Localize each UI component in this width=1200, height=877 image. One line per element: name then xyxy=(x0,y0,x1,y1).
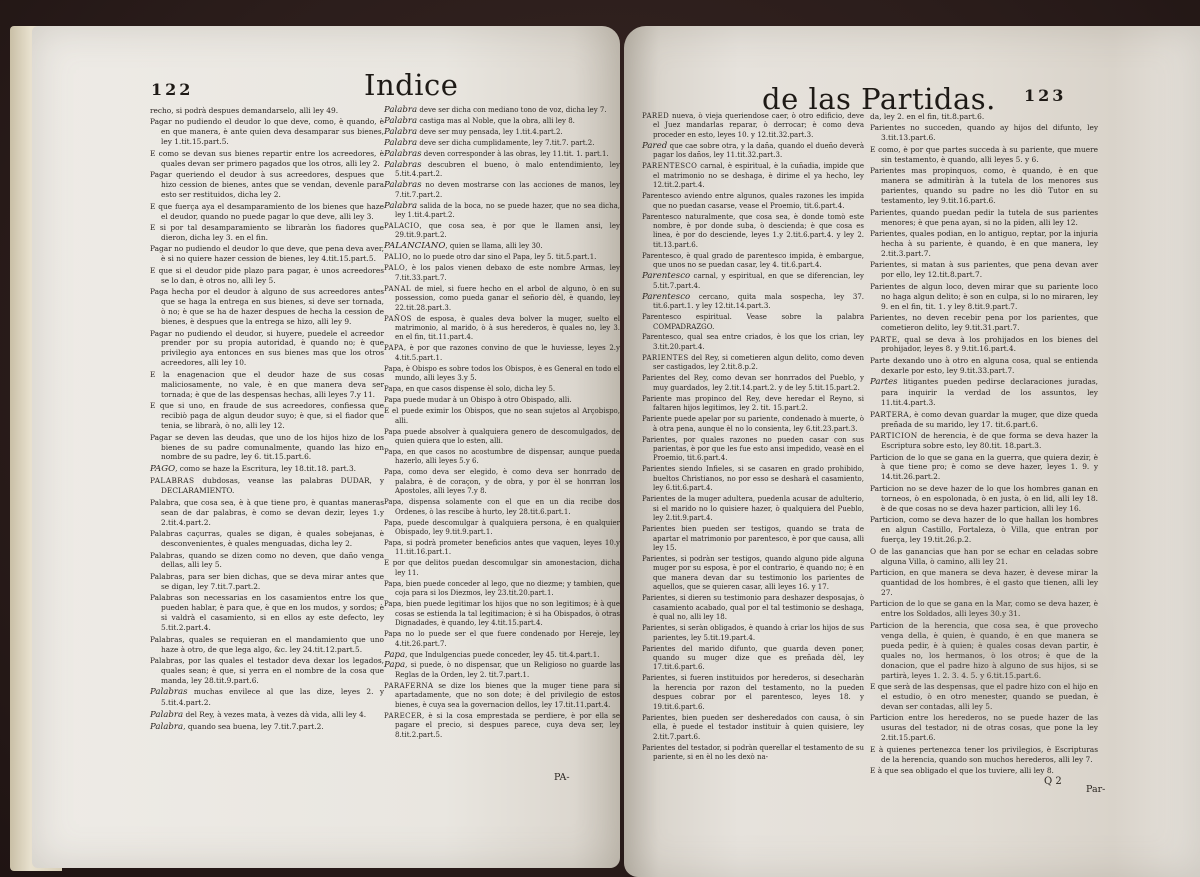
entry-text: caçurras, quales se digan, è quales sobe… xyxy=(161,529,384,548)
entry-text: salida de la boca, no se puede hazer, qu… xyxy=(395,202,620,219)
entry-text: , bien puede legitimar los hijos que no … xyxy=(395,600,620,627)
entry-text: entre los herederos, no se puede hazer d… xyxy=(881,713,1098,742)
index-entry: Palabras deven corresponder à las obras,… xyxy=(384,150,620,159)
index-entry: Pariente mas propinco del Rey, deve here… xyxy=(642,395,864,414)
entry-headword: Pagar xyxy=(150,170,172,179)
index-entry: Parte dexando uno à otro en alguna cosa,… xyxy=(870,356,1098,376)
entry-headword: Particion xyxy=(870,453,904,462)
entry-headword: Parientes xyxy=(642,744,675,752)
entry-headword: PALABRAS xyxy=(150,476,194,485)
entry-headword: Parentesco xyxy=(642,213,681,221)
entry-text: , quando se dizen como no deven, que dañ… xyxy=(161,551,384,570)
index-entry: E à quienes pertenezca tener los privile… xyxy=(870,745,1098,765)
index-entry: Palabras no deven mostrarse con las acci… xyxy=(384,181,620,200)
entry-text: , bien pueden ser desheredados con causa… xyxy=(653,714,864,741)
index-entry: Papa, como deva ser elegido, è como deva… xyxy=(384,468,620,496)
entry-text: à que sea obligado el que los tuviere, a… xyxy=(875,766,1053,775)
entry-text: naturalmente, que cosa sea, è donde tomò… xyxy=(653,213,864,249)
entry-text: , en que casos dispense èl solo, dicha l… xyxy=(401,385,555,393)
entry-text: , qual sea entre criados, è los que los … xyxy=(653,333,864,350)
entry-text: castiga mas al Noble, que la obra, alli … xyxy=(417,117,575,125)
index-entry: Palabras, por las quales el testador dev… xyxy=(150,656,384,686)
entry-headword: Papa xyxy=(384,428,401,436)
index-entry: Parientes, no deven recebir pena por los… xyxy=(870,313,1098,333)
entry-text: no pudiendo el deudor lo que deve, que p… xyxy=(161,244,384,263)
entry-text: que si uno, en fraude de sus acreedores,… xyxy=(155,401,384,430)
entry-text: como se devan sus bienes repartir entre … xyxy=(155,149,384,168)
index-entry: Palabra deve ser dicha con mediano tono … xyxy=(384,106,620,115)
entry-headword: Papa xyxy=(384,365,401,373)
entry-headword: Parientes xyxy=(870,313,905,322)
index-entry: Parientes de la muger adultera, puedenla… xyxy=(642,495,864,523)
entry-headword: PALIO xyxy=(384,253,408,261)
entry-headword: Parientes xyxy=(870,260,905,269)
entry-text: , si dieren su testimonio para deshazer … xyxy=(653,594,864,621)
index-entry: Palabras son necessarias en los casamien… xyxy=(150,593,384,633)
entry-headword: PARECER xyxy=(384,712,422,720)
entry-headword: Papa xyxy=(384,385,401,393)
index-entry: Particion de la herencia, que cosa sea, … xyxy=(870,621,1098,681)
entry-text: , è Obispo es sobre todos los Obispos, è… xyxy=(395,365,620,382)
entry-headword: PARENTESCO xyxy=(642,162,697,170)
entry-text: , puede descomulgar à qualquiera persona… xyxy=(395,519,620,536)
entry-text: si por tal desamparamiento se libraràn l… xyxy=(155,223,384,242)
entry-text: de lo que se gana en la guerra, que quie… xyxy=(881,453,1098,482)
entry-headword: Parentesco xyxy=(642,292,690,302)
index-entry: Palabra salida de la boca, no se puede h… xyxy=(384,202,620,221)
index-entry: Parientes, quales podian, en lo antiguo,… xyxy=(870,229,1098,259)
entry-headword: Pagar xyxy=(150,329,172,338)
index-entry: PARED nueva, ò vieja queriendose caer, ò… xyxy=(642,112,864,140)
entry-headword: PARTERA xyxy=(870,410,909,419)
index-entry: PARIENTES del Rey, si cometieren algun d… xyxy=(642,354,864,373)
index-entry: Pagar no pudiendo el deudor lo que deve,… xyxy=(150,244,384,264)
index-entry: Parientes, por quales razones no pueden … xyxy=(642,436,864,464)
entry-headword: Palabras xyxy=(150,572,182,581)
index-entry: da, ley 2. en el fin, tit.8.part.6. xyxy=(870,112,1098,122)
entry-headword: Palabras xyxy=(384,160,422,170)
index-entry: E que si el deudor pide plazo para pagar… xyxy=(150,266,384,286)
index-entry: E à que sea obligado el que los tuviere,… xyxy=(870,766,1098,776)
index-column-2: Palabra deve ser dicha con mediano tono … xyxy=(384,106,620,742)
entry-text: hecha por el deudor à alguno de sus acre… xyxy=(161,287,384,326)
entry-text: , è como devan guardar la muger, que diz… xyxy=(881,410,1098,429)
entry-text: , bien puede conceder al lego, que no di… xyxy=(395,580,620,597)
entry-headword: Parientes xyxy=(870,229,905,238)
entry-text: da, ley 2. en el fin, tit.8.part.6. xyxy=(870,112,984,121)
entry-headword: Palabras xyxy=(150,635,182,644)
index-entry: Particion de lo que se gana en la Mar, c… xyxy=(870,599,1098,619)
entry-text: deve ser dicha cumplidamente, ley 7.tit.… xyxy=(417,139,594,147)
entry-headword: Parientes xyxy=(642,436,675,444)
entry-headword: Papa xyxy=(384,539,401,547)
index-entry: Parientes, si fueren instituidos por her… xyxy=(642,674,864,712)
index-entry: E que fuerça aya el desamparamiento de l… xyxy=(150,202,384,222)
entry-headword: Pariente xyxy=(642,415,672,423)
entry-headword: Paga xyxy=(150,287,168,296)
entry-text: como, è por que partes succeda à su pari… xyxy=(875,145,1098,164)
index-entry: Palabra, que cosa sea, è à que tiene pro… xyxy=(150,498,384,528)
entry-text: , como se haze la Escritura, ley 18.tit.… xyxy=(175,464,356,473)
entry-headword: Particion xyxy=(870,621,904,630)
index-entry: Parentesco aviendo entre algunos, quales… xyxy=(642,192,864,211)
entry-text: que serà de las despensas, que el padre … xyxy=(875,682,1098,711)
entry-text: deve ser dicha con mediano tono de voz, … xyxy=(417,106,606,114)
index-entry: Parentesco naturalmente, que cosa sea, è… xyxy=(642,213,864,251)
index-entry: Parentesco carnal, y espiritual, en que … xyxy=(642,272,864,291)
entry-headword: PAPA xyxy=(384,344,404,352)
entry-text: deve ser muy pensada, ley 1.tit.4.part.2… xyxy=(417,128,563,136)
index-entry: Parientes, si dieren su testimonio para … xyxy=(642,594,864,622)
entry-headword: Papa xyxy=(384,600,401,608)
entry-text: , è por que razones convino de que le hu… xyxy=(395,344,620,361)
entry-text: de las ganancias que han por se echar en… xyxy=(876,547,1098,566)
entry-text: de lo que se gana en la Mar, como se dev… xyxy=(881,599,1098,618)
entry-headword: Parentesco xyxy=(642,271,690,281)
entry-headword: Parientes xyxy=(642,465,675,473)
index-entry: Papa no lo puede ser el que fuere conden… xyxy=(384,630,620,649)
entry-text: del testador, si podràn querellar el tes… xyxy=(653,744,864,761)
entry-text: de miel, si fuere hecho en el arbol de a… xyxy=(395,285,620,312)
index-entry: Pagar no pudiendo el deudor lo que deve,… xyxy=(150,117,384,147)
entry-text: , quales se requieran en el mandamiento … xyxy=(161,635,384,654)
entry-headword: Parientes xyxy=(870,282,905,291)
index-entry: Papa, bien puede legitimar los hijos que… xyxy=(384,600,620,628)
index-entry: Parientes mas propinquos, como, è quando… xyxy=(870,166,1098,206)
entry-headword: Parte xyxy=(870,356,890,365)
entry-headword: PARED xyxy=(642,112,669,120)
index-entry: PALACIO, que cosa sea, è por que le llam… xyxy=(384,222,620,241)
entry-headword: Particion xyxy=(870,713,904,722)
entry-headword: Particion xyxy=(870,484,904,493)
entry-headword: Papa xyxy=(384,396,401,404)
entry-headword: Parientes xyxy=(642,594,675,602)
index-entry: Papa, que Indulgencias puede conceder, l… xyxy=(384,651,620,660)
entry-headword: Particion xyxy=(870,515,904,524)
entry-headword: Parientes xyxy=(642,374,675,382)
index-entry: Particion de lo que se gana en la guerra… xyxy=(870,453,1098,483)
catchword: PA- xyxy=(554,772,570,783)
index-entry: Papa puede absolver à qualquiera genero … xyxy=(384,428,620,447)
entry-text: , si fueren instituidos por herederos, s… xyxy=(653,674,864,710)
entry-text: de la muger adultera, puedenla acusar de… xyxy=(653,495,864,522)
entry-text: mas propinquos, como, è quando, è en que… xyxy=(881,166,1098,205)
entry-headword: Parientes xyxy=(642,555,675,563)
entry-text: , è qual grado de parentesco impida, è e… xyxy=(653,252,864,269)
entry-text: son necessarias en los casamientos entre… xyxy=(161,593,384,632)
entry-text: , è los palos vienen debaxo de este nomb… xyxy=(395,264,620,281)
entry-text: à quienes pertenezca tener los privilegi… xyxy=(875,745,1098,764)
entry-headword: Parientes xyxy=(642,674,675,682)
entry-headword: PARTICION xyxy=(870,431,918,440)
entry-headword: Papa xyxy=(384,650,405,660)
entry-text: , si seràn obligados, è quando à criar l… xyxy=(653,624,864,641)
index-entry: PALABRAS dubdosas, veanse las palabras D… xyxy=(150,476,384,496)
index-entry: Palabras, quando se dizen como no deven,… xyxy=(150,551,384,571)
index-entry: Particion no se deve hazer de lo que los… xyxy=(870,484,1098,514)
index-entry: PARENTESCO carnal, è espiritual, è la cu… xyxy=(642,162,864,190)
entry-headword: Parientes xyxy=(642,495,675,503)
index-entry: PARAFERNA se dize los bienes que la muge… xyxy=(384,682,620,710)
entry-headword: Parientes xyxy=(642,714,675,722)
entry-headword: Papa xyxy=(384,498,401,506)
signature-mark: Q 2 xyxy=(1044,776,1062,787)
entry-text: , en que casos no acostumbre de dispensa… xyxy=(395,448,620,465)
index-entry: PALO, è los palos vienen debaxo de este … xyxy=(384,264,620,283)
entry-headword: Parentesco xyxy=(642,333,681,341)
entry-headword: Palabras xyxy=(150,593,182,602)
entry-headword: Parientes xyxy=(642,645,675,653)
entry-text: , como deva ser elegido, è como deva ser… xyxy=(395,468,620,495)
entry-text: que si el deudor pide plazo para pagar, … xyxy=(155,266,384,285)
entry-text: , que Indulgencias puede conceder, ley 4… xyxy=(405,651,599,659)
entry-headword: Parentesco xyxy=(642,252,681,260)
index-entry: Palabra deve ser muy pensada, ley 1.tit.… xyxy=(384,128,620,137)
index-column-1: recho, si podrà despues demandarselo, al… xyxy=(150,106,384,735)
index-entry: Parientes, si seràn obligados, è quando … xyxy=(642,624,864,643)
entry-text: puede mudar à un Obispo à otro Obispado,… xyxy=(401,396,571,404)
index-entry: Parientes, quando puedan pedir la tutela… xyxy=(870,208,1098,228)
entry-text: bien pueden ser testigos, quando se trat… xyxy=(653,525,864,552)
entry-text: , por las quales el testador deva dexar … xyxy=(161,656,384,685)
index-entry: Parientes no succeden, quando ay hijos d… xyxy=(870,123,1098,143)
entry-headword: Palabras xyxy=(150,551,182,560)
entry-headword: Pagar xyxy=(150,117,172,126)
index-entry: Parientes del marido difunto, que guarda… xyxy=(642,645,864,673)
page-number: 122 xyxy=(151,80,193,99)
left-page: 122 Indice recho, si podrà despues deman… xyxy=(32,26,620,868)
entry-text: descubren el bueno, ò malo entendimiento… xyxy=(395,161,620,178)
entry-headword: Papa xyxy=(384,468,401,476)
entry-text: recho, si podrà despues demandarselo, al… xyxy=(150,106,338,115)
catchword: Par- xyxy=(1086,784,1105,795)
index-entry: E que si uno, en fraude de sus acreedore… xyxy=(150,401,384,431)
index-entry: Particion, en que manera se deva hazer, … xyxy=(870,568,1098,598)
entry-text: dubdosas, veanse las palabras DUDAR, y D… xyxy=(161,476,384,495)
entry-headword: PALACIO xyxy=(384,222,420,230)
entry-headword: Palabra xyxy=(384,105,417,115)
index-entry: PAPA, è por que razones convino de que l… xyxy=(384,344,620,363)
entry-text: , quando sea buena, ley 7.tit.7.part.2. xyxy=(183,722,324,731)
index-entry: Pagar queriendo el deudor à sus acreedor… xyxy=(150,170,384,200)
entry-headword: Parientes xyxy=(870,166,905,175)
entry-headword: Palabras xyxy=(150,529,182,538)
entry-headword: Palabras xyxy=(150,687,188,697)
index-entry: PARECER, è si la cosa emprestada se perd… xyxy=(384,712,620,740)
entry-headword: Palabra xyxy=(150,722,183,732)
index-entry: E como se devan sus bienes repartir entr… xyxy=(150,149,384,169)
entry-headword: Parientes xyxy=(870,123,905,132)
entry-text: puede apelar por su pariente, condenado … xyxy=(653,415,864,432)
entry-text: , quales podian, en lo antiguo, reptar, … xyxy=(881,229,1098,258)
index-entry: E por que delitos puedan descomulgar sin… xyxy=(384,559,620,578)
entry-headword: Papa xyxy=(384,580,401,588)
entry-text: muchas envilece al que las dize, leyes 2… xyxy=(161,687,384,707)
index-entry: recho, si podrà despues demandarselo, al… xyxy=(150,106,384,116)
entry-headword: Pared xyxy=(642,141,667,151)
index-entry: Parientes de algun loco, deven mirar que… xyxy=(870,282,1098,312)
entry-headword: Palabras xyxy=(384,149,422,159)
index-entry: Palabra deve ser dicha cumplidamente, le… xyxy=(384,139,620,148)
entry-text: , qual se deva à los prohijados en los b… xyxy=(881,335,1098,354)
entry-text: espiritual. Vease sobre la palabra COMPA… xyxy=(653,313,864,330)
entry-text: del Rey, à vezes mata, à vezes dà vida, … xyxy=(183,710,366,719)
index-entry: Palabras, para ser bien dichas, que se d… xyxy=(150,572,384,592)
index-entry: Paga hecha por el deudor à alguno de sus… xyxy=(150,287,384,327)
entry-text: no pudiendo el deudor, si huyere, puedel… xyxy=(161,329,384,368)
entry-headword: Parientes xyxy=(870,208,905,217)
entry-text: litigantes pueden pedirse declaraciones … xyxy=(881,377,1098,407)
index-entry: Papa, si puede, ò no dispensar, que un R… xyxy=(384,661,620,680)
entry-text: de la herencia, que cosa sea, è que prov… xyxy=(881,621,1098,680)
entry-text: , quando puedan pedir la tutela de sus p… xyxy=(881,208,1098,227)
entry-headword: Pagar xyxy=(150,433,172,442)
index-entry: PAGO, como se haze la Escritura, ley 18.… xyxy=(150,464,384,475)
index-entry: E que serà de las despensas, que el padr… xyxy=(870,682,1098,712)
entry-headword: Parientes xyxy=(642,624,675,632)
index-entry: PALANCIANO, quien se llama, alli ley 30. xyxy=(384,242,620,251)
entry-text: mas propinco del Rey, deve heredar el Re… xyxy=(653,395,864,412)
index-entry: Parientes del testador, si podràn querel… xyxy=(642,744,864,763)
index-entry: PANAL de miel, si fuere hecho en el arbo… xyxy=(384,285,620,313)
entry-headword: Parentesco xyxy=(642,313,681,321)
entry-text: queriendo el deudor à sus acreedores, de… xyxy=(161,170,384,199)
index-entry: PALIO, no lo puede otro dar sino el Papa… xyxy=(384,253,620,262)
entry-headword: PANAL xyxy=(384,285,411,293)
index-entry: Palabras muchas envilece al que las dize… xyxy=(150,687,384,708)
entry-headword: Parientes xyxy=(642,525,675,533)
index-entry: Papa, bien puede conceder al lego, que n… xyxy=(384,580,620,599)
entry-text: deven corresponder à las obras, ley 11.t… xyxy=(422,150,609,158)
entry-headword: Particion xyxy=(870,568,904,577)
index-entry: Parientes, si matan à sus parientes, que… xyxy=(870,260,1098,280)
entry-headword: Papa xyxy=(384,448,401,456)
index-entry: Pagar no pudiendo el deudor, si huyere, … xyxy=(150,329,384,369)
entry-text: , no deven recebir pena por los pariente… xyxy=(881,313,1098,332)
index-entry: E si por tal desamparamiento se libraràn… xyxy=(150,223,384,243)
entry-text: el puede eximir los Obispos, que no sean… xyxy=(389,407,620,424)
entry-headword: PARAFERNA xyxy=(384,682,433,690)
running-head: Indice xyxy=(364,68,458,102)
entry-text: del Rey, como devan ser honrrados del Pu… xyxy=(653,374,864,391)
entry-headword: Palabra xyxy=(384,127,417,137)
entry-text: de esposa, è quales deva bolver la muger… xyxy=(395,315,620,342)
index-entry: Particion, como se deva hazer de lo que … xyxy=(870,515,1098,545)
index-entry: Palabra, quando sea buena, ley 7.tit.7.p… xyxy=(150,722,384,733)
entry-text: de algun loco, deven mirar que su parien… xyxy=(881,282,1098,311)
index-entry: PARTICION de herencia, è de que forma se… xyxy=(870,431,1098,451)
entry-headword: PAÑOS xyxy=(384,315,412,323)
entry-text: no se deve hazer de lo que los hombres g… xyxy=(881,484,1098,513)
index-entry: Palabra del Rey, à vezes mata, à vezes d… xyxy=(150,710,384,721)
entry-text: que cae sobre otra, y la daña, quando el… xyxy=(653,142,864,159)
index-entry: Papa, dispensa solamente con el que en u… xyxy=(384,498,620,517)
index-entry: Parientes del Rey, como devan ser honrra… xyxy=(642,374,864,393)
entry-headword: PALO xyxy=(384,264,405,272)
entry-text: no succeden, quando ay hijos del difunto… xyxy=(881,123,1098,142)
entry-headword: PAGO xyxy=(150,464,175,474)
index-entry: E el puede eximir los Obispos, que no se… xyxy=(384,407,620,426)
index-entry: PAÑOS de esposa, è quales deva bolver la… xyxy=(384,315,620,343)
entry-text: dexando uno à otro en alguna cosa, qual … xyxy=(881,356,1098,375)
entry-text: , dispensa solamente con el que en un di… xyxy=(395,498,620,515)
entry-text: , si podràn ser testigos, quando alguno … xyxy=(653,555,864,591)
entry-headword: Parentesco xyxy=(642,192,681,200)
index-entry: Papa, en que casos no acostumbre de disp… xyxy=(384,448,620,467)
entry-headword: Palabra xyxy=(384,201,417,211)
entry-text: , que cosa sea, è à que tiene pro, è qua… xyxy=(161,498,384,527)
entry-headword: Palabra xyxy=(384,138,417,148)
entry-text: , quien se llama, alli ley 30. xyxy=(445,242,542,250)
index-entry: Parientes siendo Infieles, si se casaren… xyxy=(642,465,864,493)
entry-text: no deven mostrarse con las acciones de m… xyxy=(395,181,620,198)
index-entry: Pared que cae sobre otra, y la daña, qua… xyxy=(642,142,864,161)
index-entry: Parientes, si podràn ser testigos, quand… xyxy=(642,555,864,593)
index-entry: Palabras descubren el bueno, ò malo ente… xyxy=(384,161,620,180)
index-entry: Pagar se deven las deudas, que uno de lo… xyxy=(150,433,384,463)
entry-text: puede absolver à qualquiera genero de de… xyxy=(395,428,620,445)
entry-text: se deven las deudas, que uno de los hijo… xyxy=(161,433,384,462)
entry-text: , en que manera se deva hazer, è devese … xyxy=(881,568,1098,597)
index-entry: Papa, en que casos dispense èl solo, dic… xyxy=(384,385,620,394)
entry-headword: Partes xyxy=(870,377,898,387)
entry-headword: Palabras xyxy=(384,180,422,190)
index-entry: PARTERA, è como devan guardar la muger, … xyxy=(870,410,1098,430)
entry-text: , si puede, ò no dispensar, que un Relig… xyxy=(395,661,620,678)
index-entry: O de las ganancias que han por se echar … xyxy=(870,547,1098,567)
page-number: 123 xyxy=(1024,86,1066,105)
running-head: de las Partidas. xyxy=(762,82,996,116)
entry-headword: Papa xyxy=(384,519,401,527)
entry-text: que fuerça aya el desamparamiento de los… xyxy=(155,202,384,221)
entry-headword: Papa xyxy=(384,630,401,638)
entry-text: , si podrà prometer beneficios antes que… xyxy=(395,539,620,556)
entry-headword: PARTE xyxy=(870,335,897,344)
index-entry: Papa, puede descomulgar à qualquiera per… xyxy=(384,519,620,538)
right-page: de las Partidas. 123 PARED nueva, ò viej… xyxy=(624,26,1200,877)
index-entry: Particion entre los herederos, no se pue… xyxy=(870,713,1098,743)
index-entry: Parentesco cercano, quita mala sospecha,… xyxy=(642,293,864,312)
entry-headword: Palabra xyxy=(150,498,179,507)
entry-headword: Palabra xyxy=(150,710,183,720)
index-entry: Papa, è Obispo es sobre todos los Obispo… xyxy=(384,365,620,384)
index-column-2: da, ley 2. en el fin, tit.8.part.6.Parie… xyxy=(870,112,1098,778)
entry-text: , que cosa sea, è por que le llamen ansi… xyxy=(395,222,620,239)
index-entry: PARTE, qual se deva à los prohijados en … xyxy=(870,335,1098,355)
entry-headword: Palabras xyxy=(150,656,182,665)
index-entry: E la enagenacion que el deudor haze de s… xyxy=(150,370,384,400)
entry-text: no pudiendo el deudor lo que deve, como,… xyxy=(161,117,384,146)
index-column-1: PARED nueva, ò vieja queriendose caer, ò… xyxy=(642,112,864,764)
index-entry: E como, è por que partes succeda à su pa… xyxy=(870,145,1098,165)
entry-headword: Palabra xyxy=(384,116,417,126)
entry-text: la enagenacion que el deudor haze de sus… xyxy=(155,370,384,399)
entry-headword: Pariente xyxy=(642,395,672,403)
entry-headword: PALANCIANO xyxy=(384,241,445,251)
index-entry: Partes litigantes pueden pedirse declara… xyxy=(870,377,1098,408)
entry-headword: Papa xyxy=(384,660,405,670)
entry-text: por que delitos puedan descomulgar sin a… xyxy=(389,559,620,576)
entry-headword: Pagar xyxy=(150,244,172,253)
index-entry: Palabras caçurras, quales se digan, è qu… xyxy=(150,529,384,549)
entry-text: del marido difunto, que guarda deven pon… xyxy=(653,645,864,672)
index-entry: Palabra castiga mas al Noble, que la obr… xyxy=(384,117,620,126)
index-entry: Pariente puede apelar por su pariente, c… xyxy=(642,415,864,434)
entry-text: , como se deva hazer de lo que hallan lo… xyxy=(881,515,1098,544)
index-entry: Parentesco espiritual. Vease sobre la pa… xyxy=(642,313,864,332)
index-entry: Parentesco, qual sea entre criados, è lo… xyxy=(642,333,864,352)
entry-text: no lo puede ser el que fuere condenado p… xyxy=(395,630,620,647)
